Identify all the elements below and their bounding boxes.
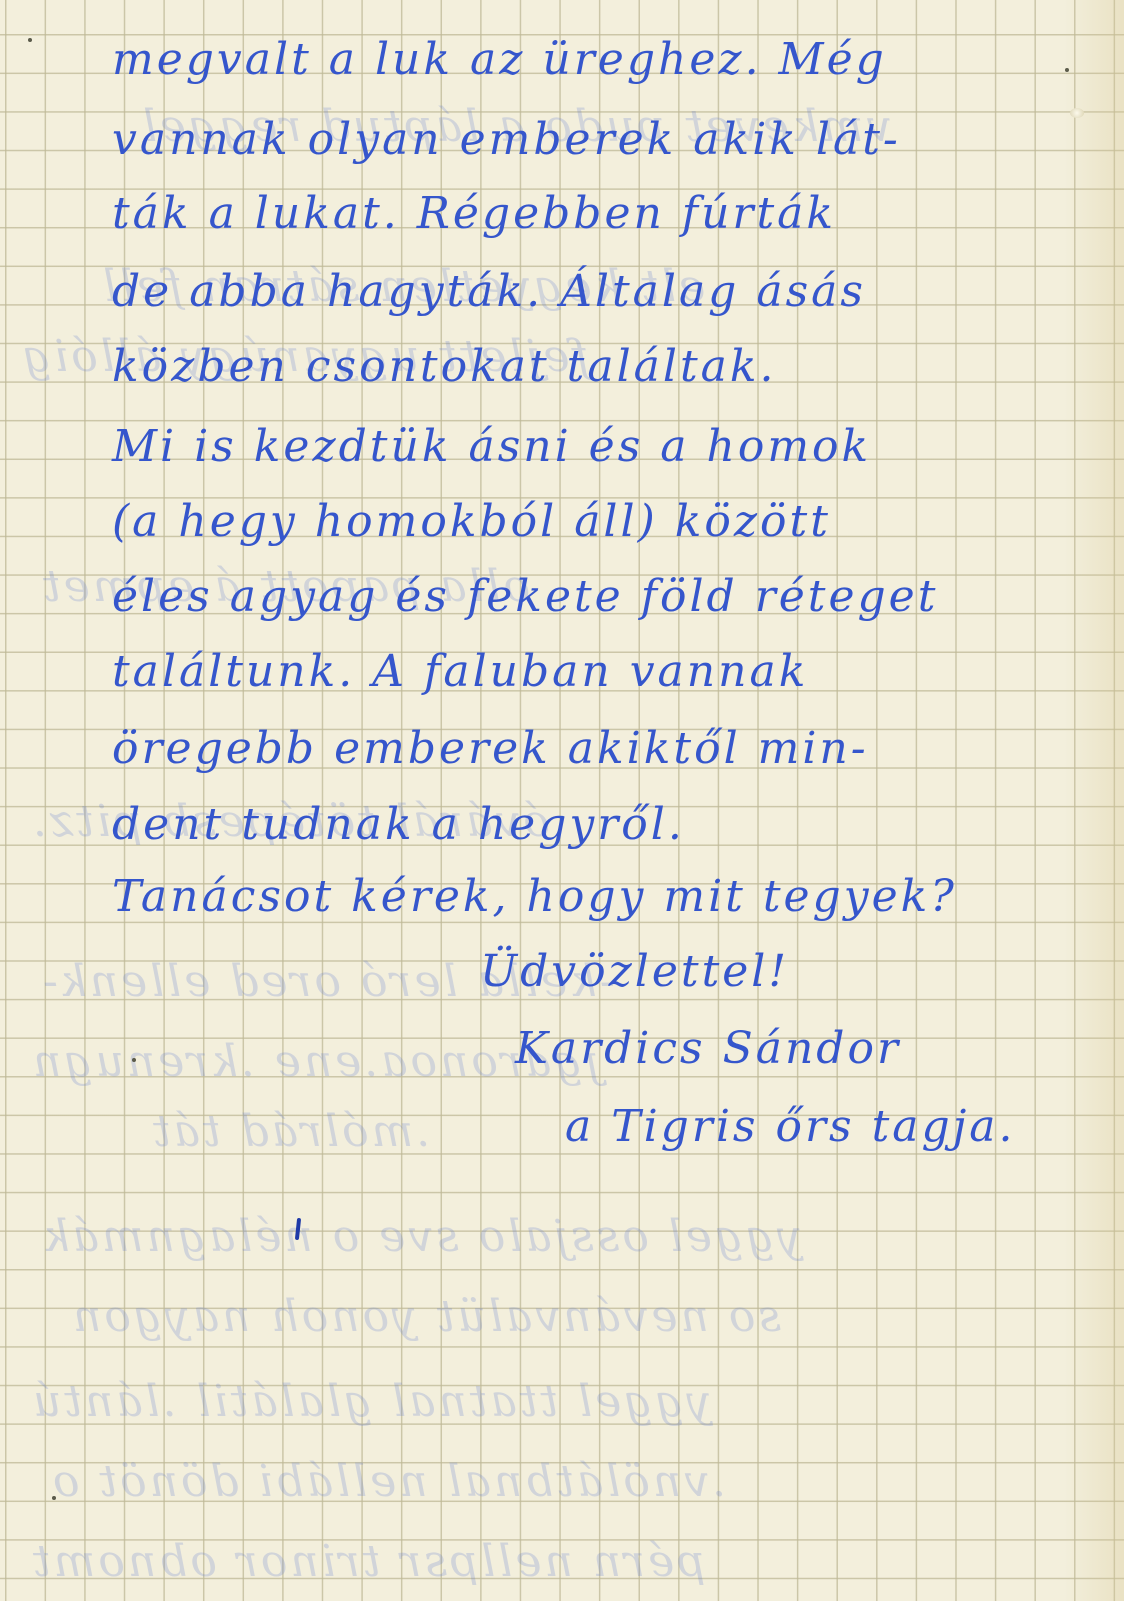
graph-paper-page: vmkevet pudo a láptud reggel elt kegyetl…: [0, 0, 1124, 1601]
letter-line: (a hegy homokból áll) között: [112, 500, 831, 544]
bleed-through-text: so nevánvalüt yonoh naygon: [70, 1295, 781, 1339]
letter-line: Tanácsot kérek, hogy mit tegyek?: [112, 875, 957, 919]
signature-affiliation: a Tigris őrs tagja.: [565, 1105, 1016, 1149]
paper-speck: [1065, 68, 1069, 72]
letter-line: ták a lukat. Régebben fúrták: [112, 192, 836, 236]
paper-dent: [1070, 108, 1084, 118]
letter-line: de abba hagyták. Általag ásás: [112, 270, 866, 314]
bleed-through-text: pérn nellpsr trinor obnomt: [30, 1540, 705, 1584]
letter-line: megvalt a luk az üreghez. Még: [112, 38, 887, 82]
letter-closing: Üdvözlettel!: [480, 950, 789, 994]
letter-line: öregebb emberek akiktől min-: [112, 727, 869, 771]
bleed-through-text: yggel ossjalo sve o nélagnmák: [40, 1215, 802, 1259]
paper-speck: [52, 1496, 56, 1500]
bleed-through-text: jgaronoa.ene .krenugn: [30, 1040, 599, 1084]
letter-line: Mi is kezdtük ásni és a homok: [112, 425, 871, 469]
bleed-through-text: .vnölátbnal nellábi dönöt o: [50, 1460, 726, 1504]
signature-name: Kardics Sándor: [515, 1027, 901, 1071]
letter-line: éles agyag és fekete föld réteget: [112, 575, 938, 619]
letter-line: közben csontokat találtak.: [112, 345, 777, 389]
bleed-through-text: .mólrád tát: [150, 1110, 430, 1154]
paper-speck: [132, 1058, 136, 1062]
bleed-through-text: yggel ttatnal glalátil .lántú: [30, 1380, 711, 1424]
letter-line: találtunk. A faluban vannak: [112, 650, 808, 694]
letter-line: dent tudnak a hegyről.: [112, 803, 685, 847]
letter-line: vannak olyan emberek akik lát-: [112, 118, 901, 162]
paper-speck: [28, 38, 32, 42]
